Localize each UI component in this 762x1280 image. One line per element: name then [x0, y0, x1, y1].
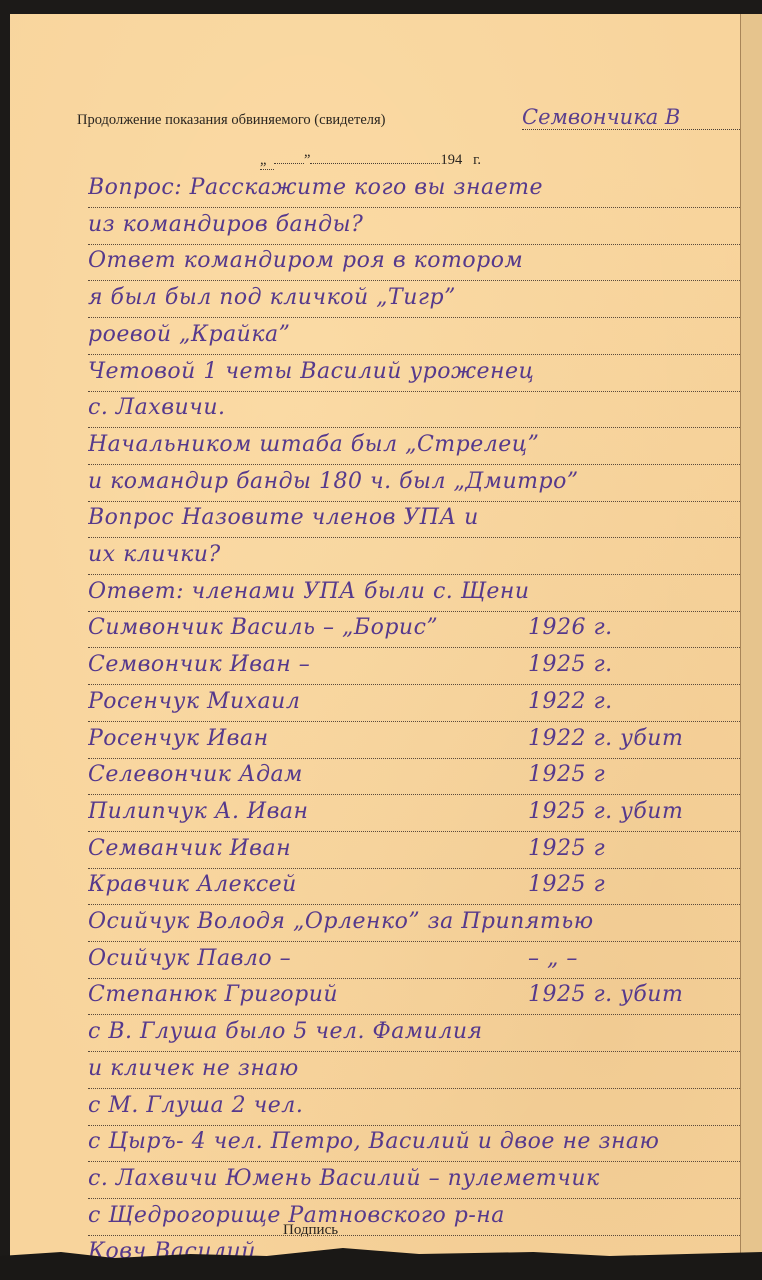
handwritten-line: Начальником штаба был „Стрелец” — [88, 429, 740, 465]
date-quote-close: ” — [304, 152, 310, 168]
handwritten-line: Симвончик Василь – „Борис”1926 г. — [88, 612, 740, 648]
handwritten-line: с Щедрогорище Ратновского р-на — [88, 1200, 740, 1236]
handwritten-line: с. Лахвичи Юмень Василий – пулеметчик — [88, 1163, 740, 1199]
handwritten-line: Ответ командиром роя в котором — [88, 245, 740, 281]
line-text: я был был под кличкой „Тигр” — [88, 285, 456, 310]
adjacent-page-edge — [740, 14, 762, 1264]
handwritten-line: Осийчук Володя „Орленко” за Припятью — [88, 906, 740, 942]
line-text: роевой „Крайка” — [88, 322, 290, 347]
handwritten-line: их клички? — [88, 539, 740, 575]
line-text: Ответ командиром роя в котором — [88, 248, 523, 273]
handwritten-line: с Цыръ- 4 чел. Петро, Василий и двое не … — [88, 1126, 740, 1162]
member-birth-year: 1925 г. убит — [528, 979, 683, 1011]
handwritten-line: с. Лахвичи. — [88, 392, 740, 428]
handwritten-line: с В. Глуша было 5 чел. Фамилия — [88, 1016, 740, 1052]
line-text: и командир банды 180 ч. был „Дмитро” — [88, 469, 579, 494]
handwritten-line: Семванчик Иван1925 г — [88, 833, 740, 869]
line-text: Ответ: членами УПА были с. Щени — [88, 579, 530, 604]
handwritten-line: и командир банды 180 ч. был „Дмитро” — [88, 466, 740, 502]
member-name: Симвончик Василь – „Борис” — [88, 612, 438, 644]
line-text: Вопрос: Расскажите кого вы знаете — [88, 175, 543, 200]
member-name: Степанюк Григорий — [88, 979, 338, 1011]
line-text: их клички? — [88, 542, 221, 567]
handwritten-line: Осийчук Павло –– „ – — [88, 943, 740, 979]
handwritten-line: Степанюк Григорий1925 г. убит — [88, 979, 740, 1015]
handwritten-line: и кличек не знаю — [88, 1053, 740, 1089]
member-birth-year: 1925 г. — [528, 649, 613, 681]
handwritten-line: Пилипчук А. Иван1925 г. убит — [88, 796, 740, 832]
handwritten-line: Росенчук Иван1922 г. убит — [88, 723, 740, 759]
member-name: Росенчук Иван — [88, 723, 269, 755]
member-name: Семванчик Иван — [88, 833, 291, 865]
line-text: с Цыръ- 4 чел. Петро, Василий и двое не … — [88, 1129, 659, 1154]
member-birth-year: 1925 г. убит — [528, 796, 683, 828]
handwritten-line: Вопрос: Расскажите кого вы знаете — [88, 172, 740, 208]
handwritten-line: Ответ: членами УПА были с. Щени — [88, 576, 740, 612]
member-birth-year: 1926 г. — [528, 612, 613, 644]
line-text: с. Лахвичи. — [88, 395, 226, 420]
handwritten-line: Семвончик Иван –1925 г. — [88, 649, 740, 685]
line-text: с М. Глуша 2 чел. — [88, 1093, 303, 1118]
signature-label: Подпись — [283, 1222, 338, 1239]
handwritten-line: Селевончик Адам1925 г — [88, 759, 740, 795]
date-year-suffix: г. — [473, 152, 481, 168]
member-birth-year: 1925 г — [528, 869, 605, 901]
date-day-blank — [274, 163, 304, 164]
member-name: Осийчук Павло – — [88, 943, 291, 975]
handwritten-line: Росенчук Михаил1922 г. — [88, 686, 740, 722]
handwritten-line: Кравчик Алексей1925 г — [88, 869, 740, 905]
line-text: Четовой 1 четы Василий уроженец — [88, 359, 534, 384]
line-text: с В. Глуша было 5 чел. Фамилия — [88, 1019, 483, 1044]
handwritten-line: Четовой 1 четы Василий уроженец — [88, 356, 740, 392]
line-text: Начальником штаба был „Стрелец” — [88, 432, 539, 457]
handwritten-line: я был был под кличкой „Тигр” — [88, 282, 740, 318]
handwritten-line: из командиров банды? — [88, 209, 740, 245]
line-text: Осийчук Володя „Орленко” за Припятью — [88, 909, 594, 934]
line-text: Вопрос Назовите членов УПА и — [88, 505, 479, 530]
date-quote-open: „ — [260, 152, 274, 170]
date-month-blank — [310, 163, 440, 164]
member-birth-year: – „ – — [528, 943, 578, 975]
member-name: Селевончик Адам — [88, 759, 303, 791]
line-text: из командиров банды? — [88, 212, 363, 237]
member-name: Пилипчук А. Иван — [88, 796, 309, 828]
date-line: „”194 г. — [260, 152, 481, 170]
member-birth-year: 1925 г — [528, 759, 605, 791]
member-name: Кравчик Алексей — [88, 869, 297, 901]
line-text: и кличек не знаю — [88, 1056, 299, 1081]
member-birth-year: 1922 г. убит — [528, 723, 683, 755]
line-text: с. Лахвичи Юмень Василий – пулеметчик — [88, 1166, 600, 1191]
member-birth-year: 1925 г — [528, 833, 605, 865]
handwritten-line: роевой „Крайка” — [88, 319, 740, 355]
form-header-label: Продолжение показания обвиняемого (свиде… — [77, 112, 386, 129]
witness-name: Семвончика В — [522, 105, 740, 130]
member-name: Семвончик Иван – — [88, 649, 310, 681]
handwritten-line: с М. Глуша 2 чел. — [88, 1090, 740, 1126]
date-year: 194 — [440, 152, 462, 168]
handwritten-line: Вопрос Назовите членов УПА и — [88, 502, 740, 538]
member-name: Росенчук Михаил — [88, 686, 300, 718]
member-birth-year: 1922 г. — [528, 686, 613, 718]
